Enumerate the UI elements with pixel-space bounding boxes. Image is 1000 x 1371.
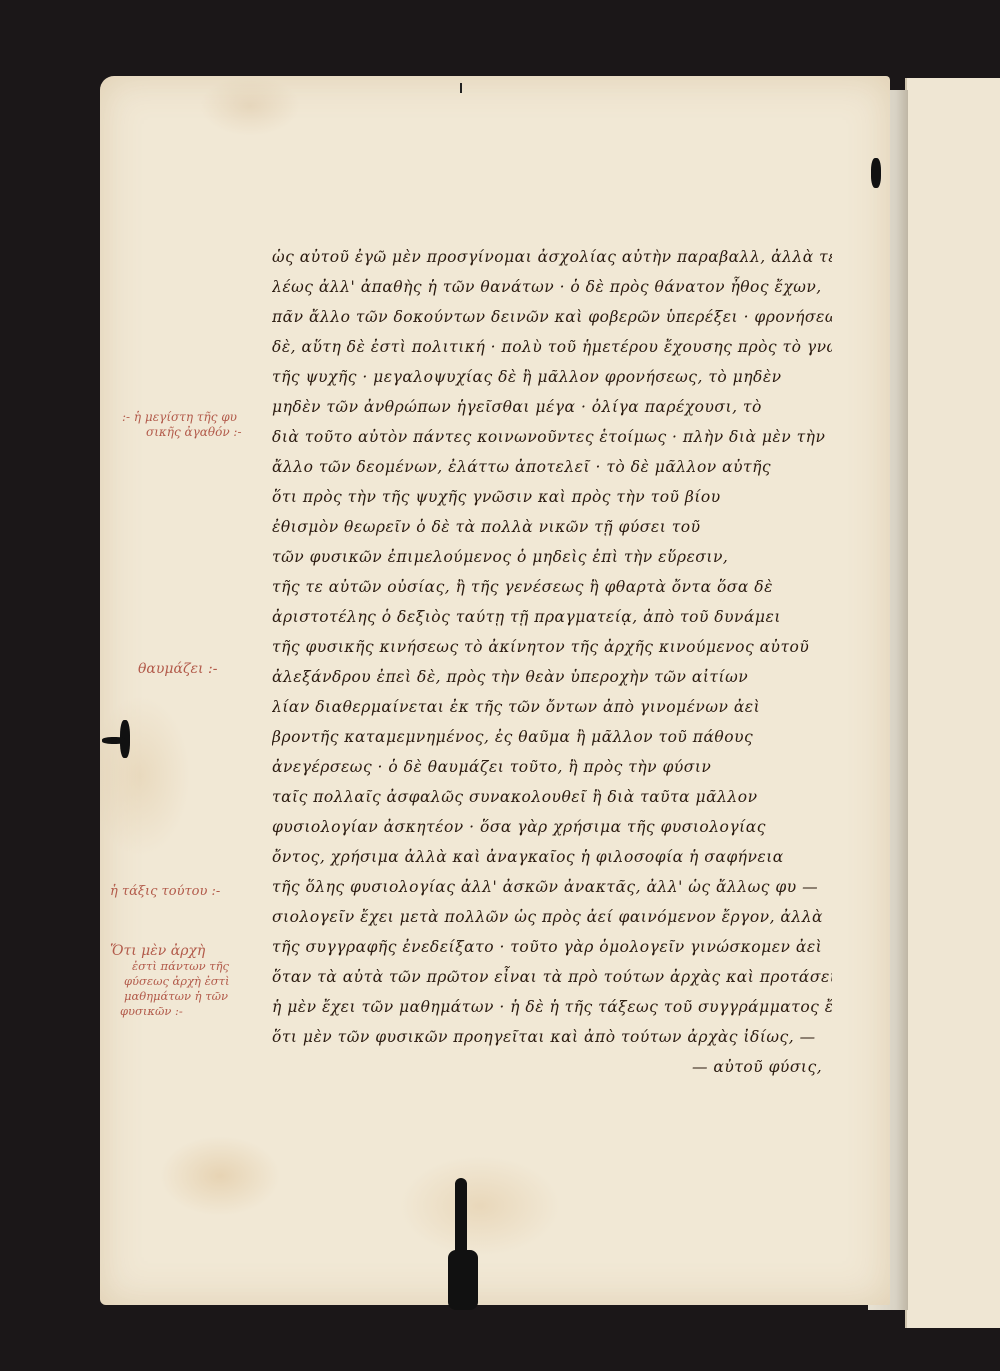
text-line: ὅταν τὰ αὐτὰ τῶν πρῶτον εἶναι τὰ πρὸ τού… <box>272 962 832 992</box>
text-line: πᾶν ἄλλο τῶν δοκούντων δεινῶν καὶ φοβερῶ… <box>272 302 832 332</box>
ink-blot <box>448 1250 478 1310</box>
margin-line: σικῆς ἀγαθόν :- <box>122 425 242 440</box>
folio-mark <box>460 83 462 93</box>
text-line: ἡ μὲν ἔχει τῶν μαθημάτων · ἡ δὲ ἡ τῆς τά… <box>272 992 832 1022</box>
main-text: ὡς αὐτοῦ ἐγῶ μὲν προσγίνομαι ἀσχολίας αὐ… <box>272 242 832 1082</box>
marginal-note-3: ἡ τάξις τούτου :- <box>110 884 220 899</box>
marginal-note-4: Ὅτι μὲν ἀρχὴ ἐστὶ πάντων τῆς φύσεως ἀρχὴ… <box>110 944 229 1019</box>
facing-page <box>905 78 1000 1328</box>
margin-line: :- ἡ μεγίστη τῆς φυ <box>122 410 242 425</box>
text-line: τῆς ὅλης φυσιολογίας ἀλλ' ἀσκῶν ἀνακτᾶς,… <box>272 872 832 902</box>
text-line: λέως ἀλλ' ἀπαθὴς ἡ τῶν θανάτων · ὁ δὲ πρ… <box>272 272 832 302</box>
text-line: τῆς τε αὐτῶν οὐσίας, ἢ τῆς γενέσεως ἢ φθ… <box>272 572 832 602</box>
margin-line: θαυμάζει :- <box>138 662 217 677</box>
text-line: δὲ, αὕτη δὲ ἐστὶ πολιτική · πολὺ τοῦ ἡμε… <box>272 332 832 362</box>
margin-line: φυσικῶν :- <box>110 1004 229 1019</box>
marginal-note-2: θαυμάζει :- <box>138 662 217 677</box>
text-line: βροντῆς καταμεμνημένος, ἐς θαῦμα ἢ μᾶλλο… <box>272 722 832 752</box>
margin-line: μαθημάτων ἡ τῶν <box>110 989 229 1004</box>
text-line: σιολογεῖν ἔχει μετὰ πολλῶν ὡς πρὸς ἀεί φ… <box>272 902 832 932</box>
text-line: — αὐτοῦ φύσις, <box>272 1052 832 1082</box>
ink-blot <box>871 158 881 188</box>
margin-line: ἐστὶ πάντων τῆς <box>110 959 229 974</box>
text-line: διὰ τοῦτο αὐτὸν πάντες κοινωνοῦντες ἑτοί… <box>272 422 832 452</box>
text-line: ὡς αὐτοῦ ἐγῶ μὲν προσγίνομαι ἀσχολίας αὐ… <box>272 242 832 272</box>
text-line: ὅτι μὲν τῶν φυσικῶν προηγεῖται καὶ ἀπὸ τ… <box>272 1022 832 1052</box>
margin-line: ἡ τάξις τούτου :- <box>110 884 220 899</box>
text-line: λίαν διαθερμαίνεται ἐκ τῆς τῶν ὄντων ἀπὸ… <box>272 692 832 722</box>
text-line: ταῖς πολλαῖς ἀσφαλῶς συνακολουθεῖ ἢ διὰ … <box>272 782 832 812</box>
text-line: φυσιολογίαν ἀσκητέον · ὅσα γὰρ χρήσιμα τ… <box>272 812 832 842</box>
margin-line: Ὅτι μὲν ἀρχὴ <box>110 944 229 959</box>
text-line: ἀριστοτέλης ὁ δεξιὸς ταύτῃ τῇ πραγματείᾳ… <box>272 602 832 632</box>
marginal-note-1: :- ἡ μεγίστη τῆς φυ σικῆς ἀγαθόν :- <box>122 410 242 440</box>
text-line: ἄλλο τῶν δεομένων, ἐλάττω ἀποτελεῖ · τὸ … <box>272 452 832 482</box>
text-line: τῆς φυσικῆς κινήσεως τὸ ἀκίνητον τῆς ἀρχ… <box>272 632 832 662</box>
text-line: ἐθισμὸν θεωρεῖν ὁ δὲ τὰ πολλὰ νικῶν τῇ φ… <box>272 512 832 542</box>
text-line: ὄντος, χρήσιμα ἀλλὰ καὶ ἀναγκαῖος ἡ φιλο… <box>272 842 832 872</box>
text-line: τῆς ψυχῆς · μεγαλοψυχίας δὲ ἢ μᾶλλον φρο… <box>272 362 832 392</box>
text-line: ἀνεγέρσεως · ὁ δὲ θαυμάζει τοῦτο, ἢ πρὸς… <box>272 752 832 782</box>
manuscript-page: ὡς αὐτοῦ ἐγῶ μὲν προσγίνομαι ἀσχολίας αὐ… <box>100 76 890 1305</box>
text-line: τῆς συγγραφῆς ἐνεδείξατο · τοῦτο γὰρ ὁμο… <box>272 932 832 962</box>
ink-blot <box>102 737 126 744</box>
text-line: τῶν φυσικῶν ἐπιμελούμενος ὁ μηδεὶς ἐπὶ τ… <box>272 542 832 572</box>
margin-line: φύσεως ἀρχὴ ἐστὶ <box>110 974 229 989</box>
text-line: μηδὲν τῶν ἀνθρώπων ἡγεῖσθαι μέγα · ὀλίγα… <box>272 392 832 422</box>
ink-blot <box>455 1178 467 1258</box>
text-line: ἀλεξάνδρου ἐπεὶ δὲ, πρὸς τὴν θεὰν ὑπεροχ… <box>272 662 832 692</box>
text-line: ὅτι πρὸς τὴν τῆς ψυχῆς γνῶσιν καὶ πρὸς τ… <box>272 482 832 512</box>
